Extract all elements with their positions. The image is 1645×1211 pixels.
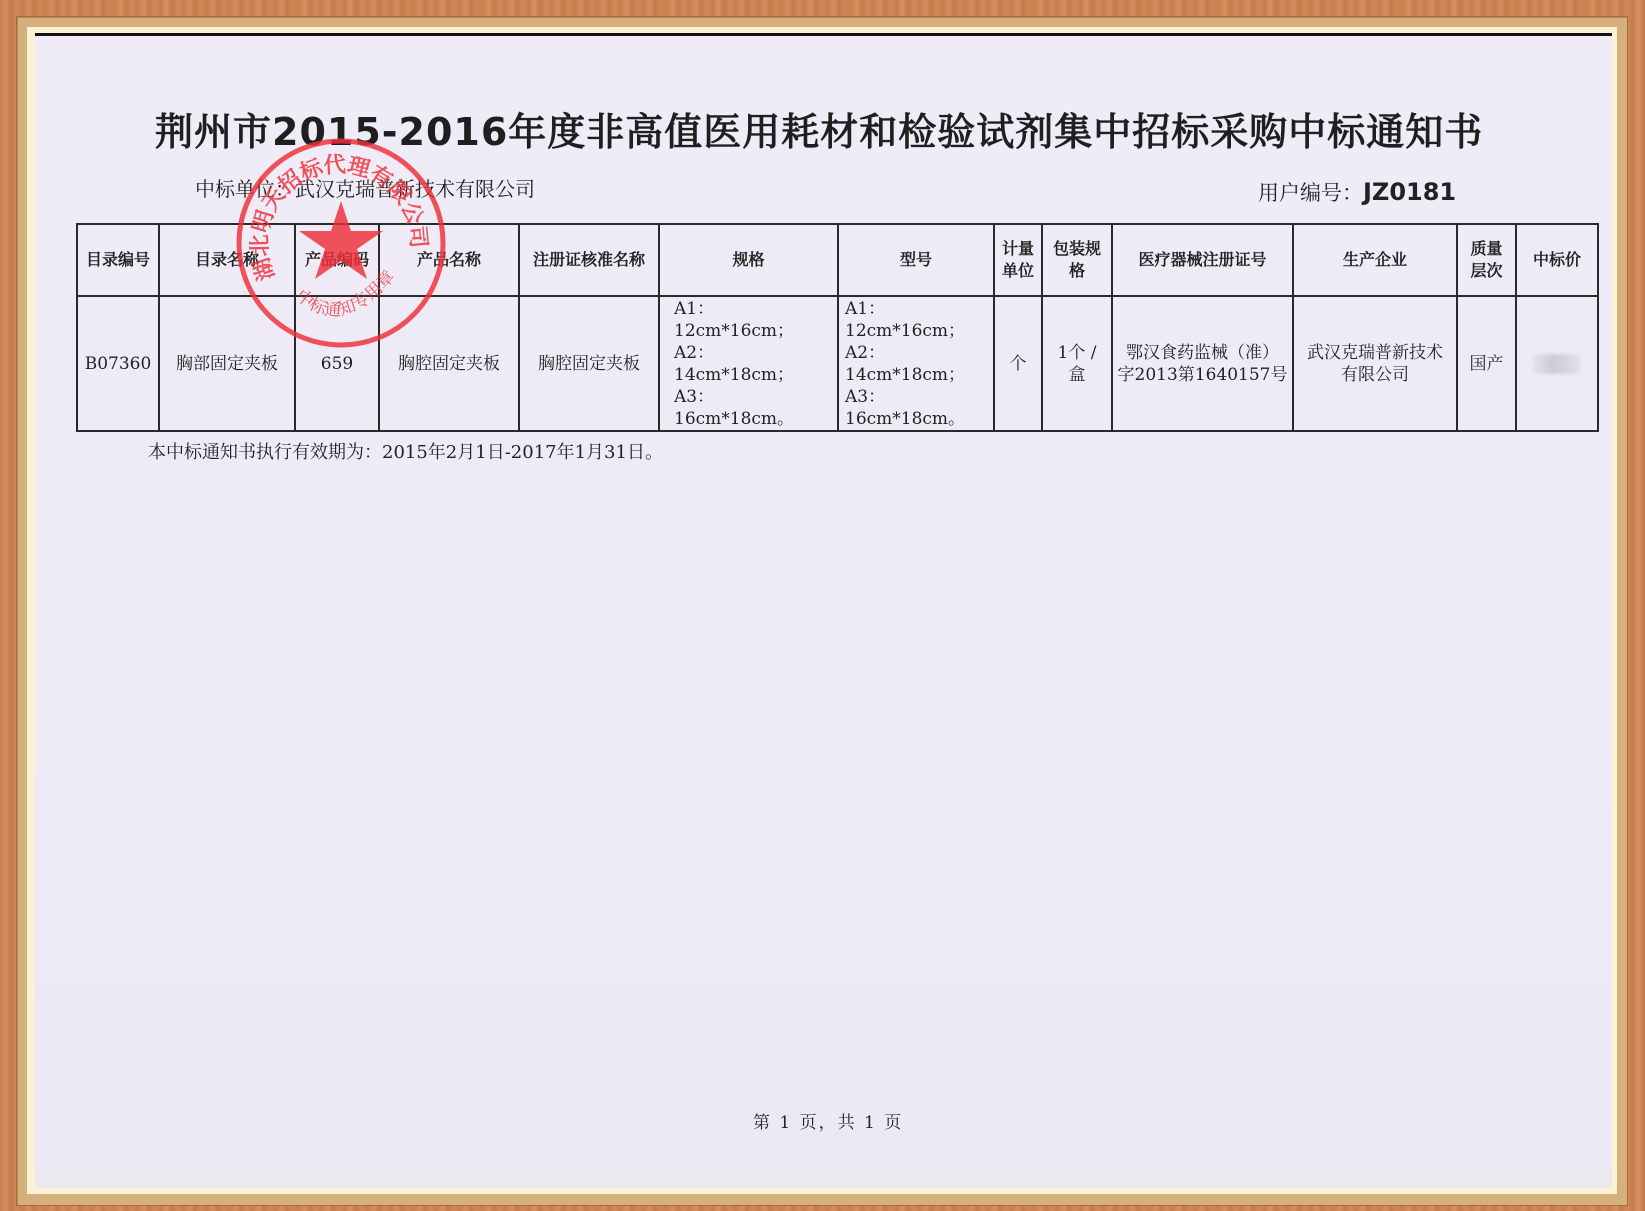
model-line: A1：12cm*16cm； bbox=[845, 298, 990, 342]
reg-cert-line: 字2013第1640157号 bbox=[1116, 364, 1289, 386]
col-header: 计量单位 bbox=[994, 224, 1042, 296]
cell-reg-cert-no: 鄂汉食药监械（准） 字2013第1640157号 bbox=[1112, 296, 1293, 431]
cell-model: A1：12cm*16cm； A2：14cm*18cm； A3：16cm*18cm… bbox=[838, 296, 994, 431]
cell-catalog-name: 胸部固定夹板 bbox=[159, 296, 295, 431]
cell-spec: A1：12cm*16cm； A2：14cm*18cm； A3：16cm*18cm… bbox=[659, 296, 838, 431]
validity-period: 本中标通知书执行有效期为：2015年2月1日-2017年1月31日。 bbox=[148, 438, 663, 464]
model-line: A3：16cm*18cm。 bbox=[845, 386, 990, 430]
cell-unit: 个 bbox=[994, 296, 1042, 431]
document-title: 荆州市2015-2016年度非高值医用耗材和检验试剂集中招标采购中标通知书 bbox=[155, 101, 1483, 156]
manufacturer-line: 武汉克瑞普新技术 bbox=[1297, 342, 1453, 364]
col-header: 型号 bbox=[838, 224, 994, 296]
model-line: A2：14cm*18cm； bbox=[845, 342, 990, 386]
col-header: 注册证核准名称 bbox=[519, 224, 659, 296]
col-header: 产品名称 bbox=[379, 224, 519, 296]
spec-line: A1：12cm*16cm； bbox=[674, 298, 834, 342]
table-row: B07360 胸部固定夹板 659 胸腔固定夹板 胸腔固定夹板 A1：12cm*… bbox=[77, 296, 1598, 431]
user-number: 用户编号：JZ0181 bbox=[1258, 177, 1456, 207]
col-header-text: 包装规格 bbox=[1050, 238, 1104, 282]
document-page: 荆州市2015-2016年度非高值医用耗材和检验试剂集中招标采购中标通知书 中标… bbox=[35, 33, 1612, 1188]
user-number-value: JZ0181 bbox=[1363, 178, 1456, 206]
cell-manufacturer: 武汉克瑞普新技术 有限公司 bbox=[1293, 296, 1457, 431]
bidder-name: 武汉克瑞普新技术有限公司 bbox=[295, 177, 535, 201]
winning-bidder: 中标单位：武汉克瑞普新技术有限公司 bbox=[195, 173, 535, 202]
cell-quality-level: 国产 bbox=[1457, 296, 1516, 431]
cell-bid-price bbox=[1516, 296, 1598, 431]
bidder-label: 中标单位： bbox=[195, 177, 295, 201]
col-header-text: 质量层次 bbox=[1469, 238, 1505, 282]
col-header: 医疗器械注册证号 bbox=[1112, 224, 1293, 296]
col-header: 规格 bbox=[659, 224, 838, 296]
packaging-line: 1个 / bbox=[1046, 342, 1108, 364]
table-header-row: 目录编号 目录名称 产品编码 产品名称 注册证核准名称 规格 型号 计量单位 包… bbox=[77, 224, 1598, 296]
reg-cert-line: 鄂汉食药监械（准） bbox=[1116, 342, 1289, 364]
col-header: 包装规格 bbox=[1042, 224, 1112, 296]
cell-product-name: 胸腔固定夹板 bbox=[379, 296, 519, 431]
top-rule bbox=[35, 33, 1612, 36]
packaging-line: 盒 bbox=[1046, 364, 1108, 386]
col-header: 产品编码 bbox=[295, 224, 379, 296]
col-header: 生产企业 bbox=[1293, 224, 1457, 296]
spec-line: A3：16cm*18cm。 bbox=[674, 386, 834, 430]
award-table: 目录编号 目录名称 产品编码 产品名称 注册证核准名称 规格 型号 计量单位 包… bbox=[76, 223, 1599, 432]
manufacturer-line: 有限公司 bbox=[1297, 364, 1453, 386]
col-header: 质量层次 bbox=[1457, 224, 1516, 296]
spec-line: A2：14cm*18cm； bbox=[674, 342, 834, 386]
user-number-label: 用户编号： bbox=[1258, 181, 1363, 205]
cell-packaging: 1个 / 盒 bbox=[1042, 296, 1112, 431]
col-header: 目录编号 bbox=[77, 224, 159, 296]
cell-reg-approved-name: 胸腔固定夹板 bbox=[519, 296, 659, 431]
col-header: 中标价 bbox=[1516, 224, 1598, 296]
cell-catalog-no: B07360 bbox=[77, 296, 159, 431]
cell-product-code: 659 bbox=[295, 296, 379, 431]
blurred-price bbox=[1533, 354, 1581, 374]
col-header-text: 计量单位 bbox=[1000, 238, 1036, 282]
page-indicator: 第 1 页，共 1 页 bbox=[753, 1108, 903, 1133]
col-header: 目录名称 bbox=[159, 224, 295, 296]
